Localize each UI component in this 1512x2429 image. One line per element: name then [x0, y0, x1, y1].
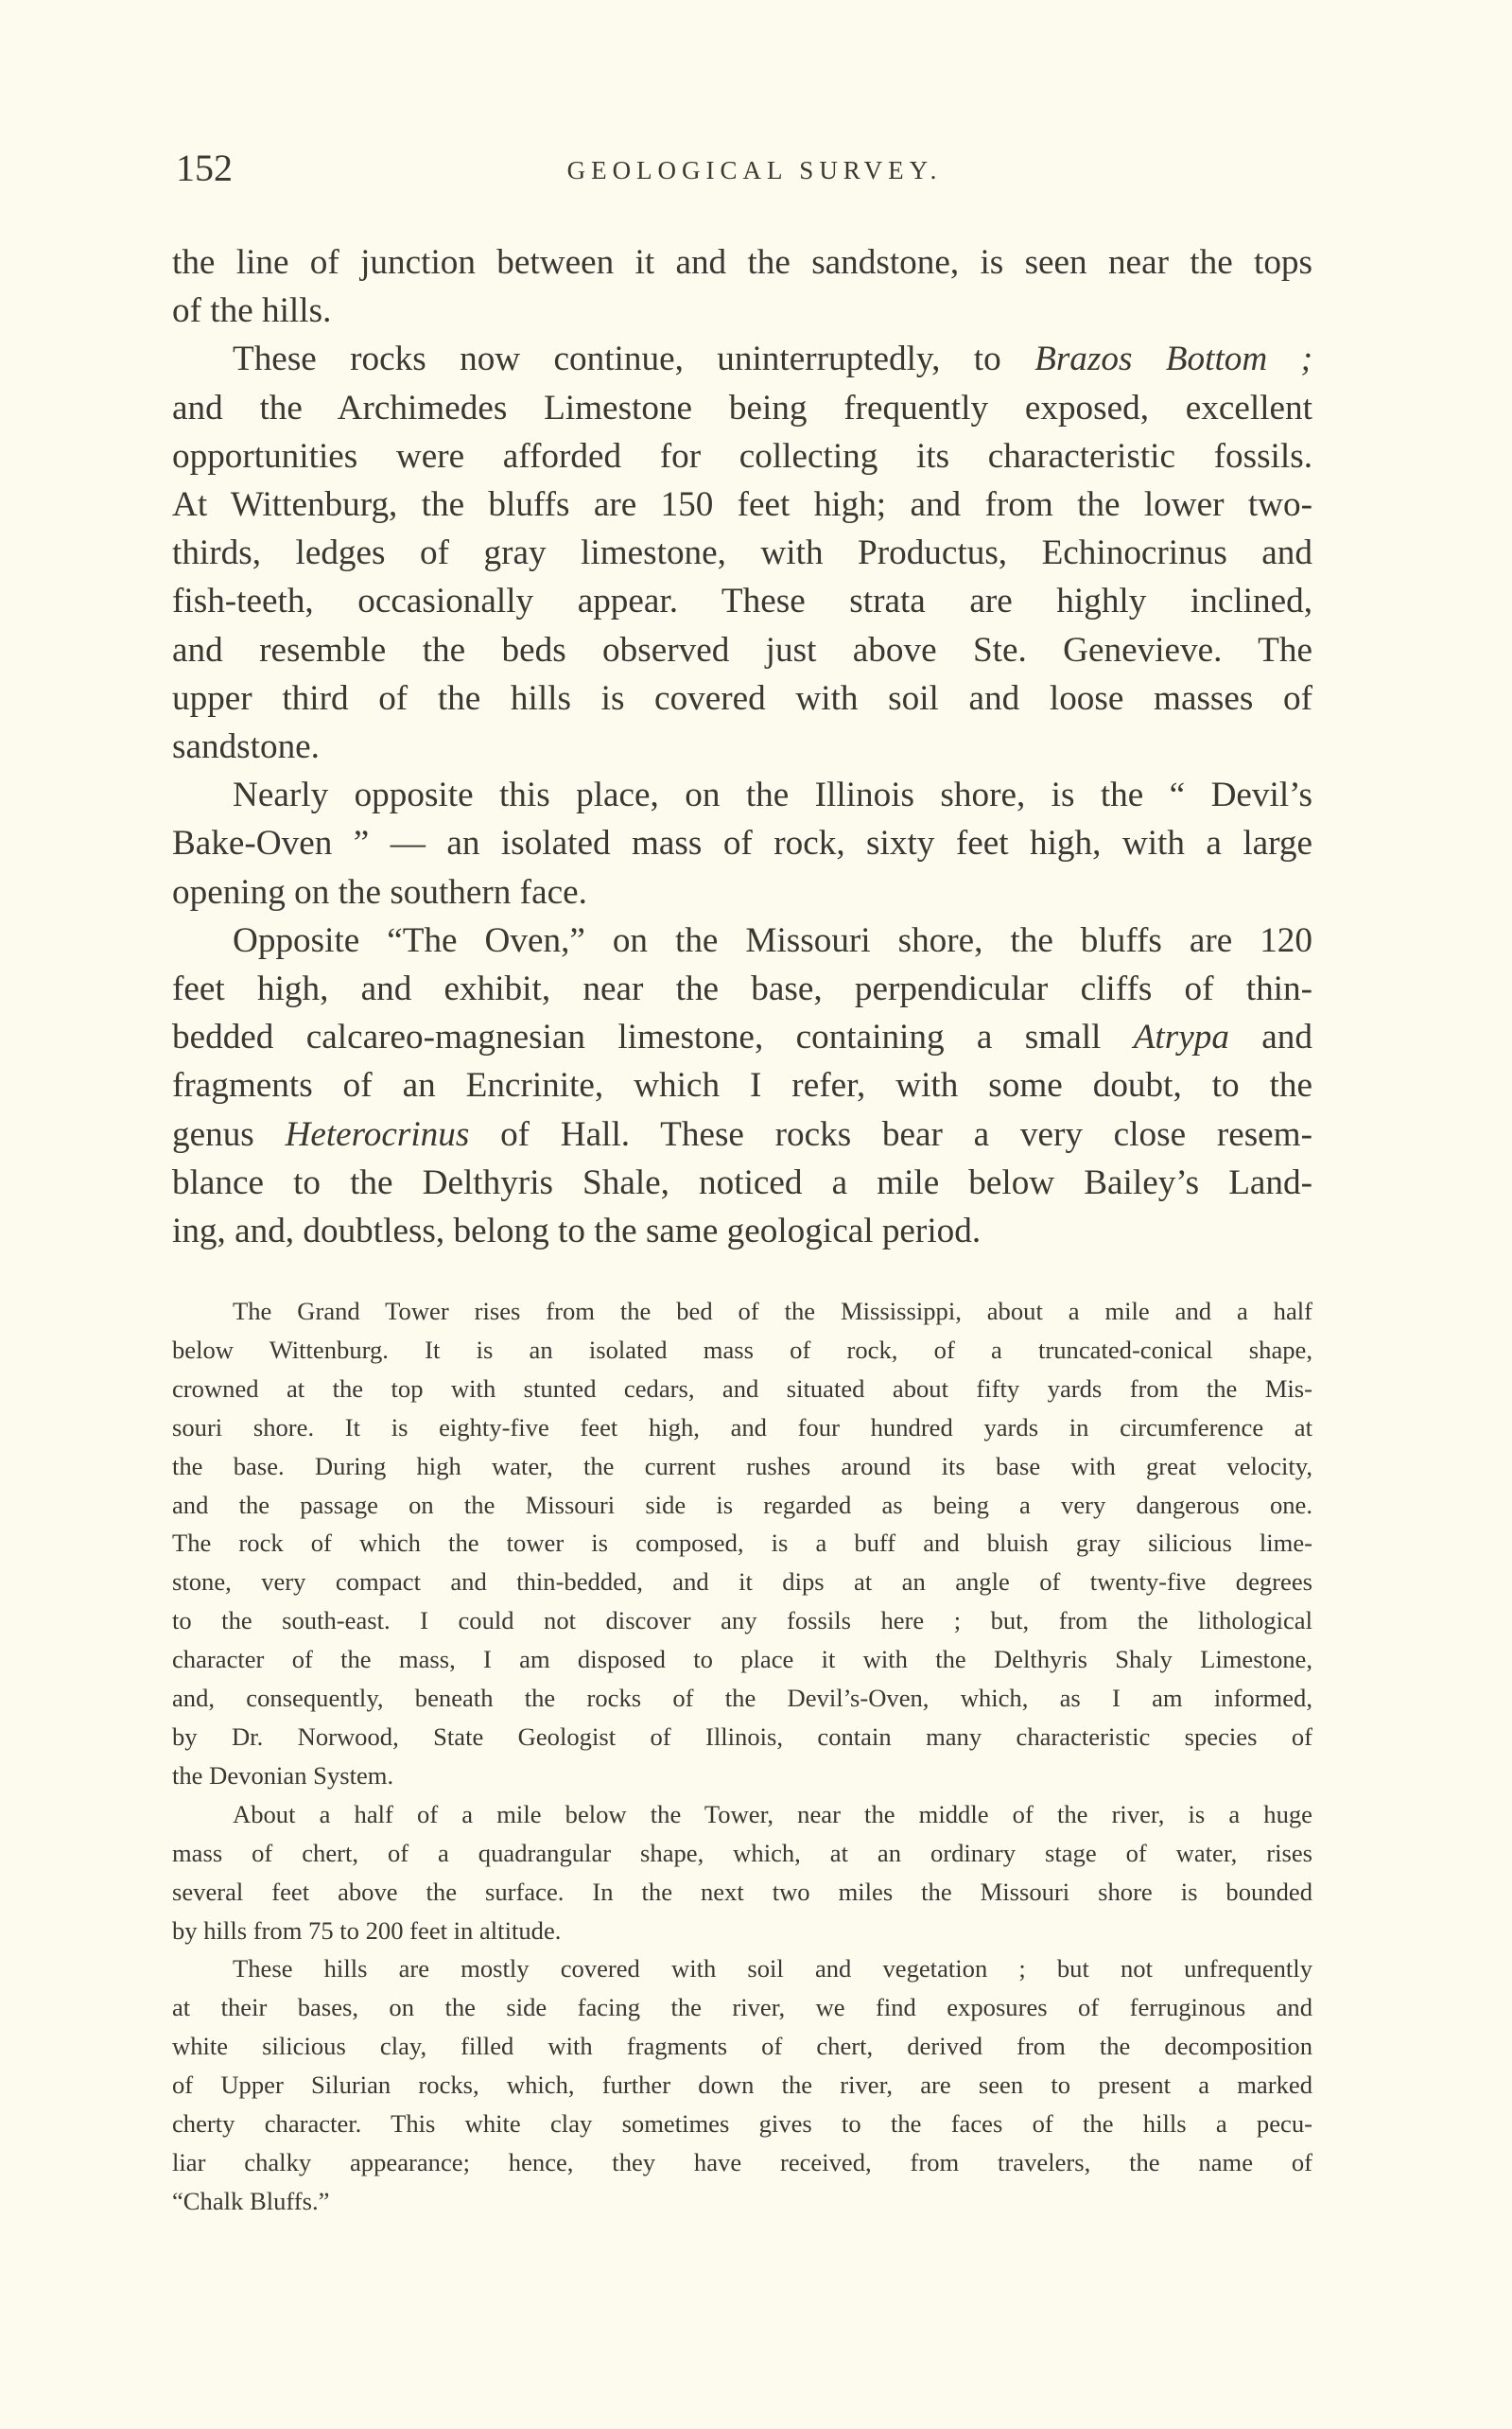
text-line: by Dr. Norwood, State Geologist of Illin…: [172, 1718, 1312, 1756]
text-line: upper third of the hills is covered with…: [172, 674, 1312, 723]
text-line: by hills from 75 to 200 feet in altitude…: [172, 1912, 1312, 1950]
text-line: of Upper Silurian rocks, which, further …: [172, 2066, 1312, 2105]
text-line: mass of chert, of a quadrangular shape, …: [172, 1834, 1312, 1873]
text-line: opportunities were afforded for collecti…: [172, 432, 1312, 481]
small-print-notes: The Grand Tower rises from the bed of th…: [172, 1292, 1312, 2221]
text-line: thirds, ledges of gray limestone, with P…: [172, 529, 1312, 577]
text-line: souri shore. It is eighty-five feet high…: [172, 1408, 1312, 1447]
text-line: and the Archimedes Limestone being frequ…: [172, 384, 1312, 432]
text-line: the line of junction between it and the …: [172, 238, 1312, 287]
text-run: genus: [172, 1115, 285, 1154]
text-line: ing, and, doubtless, belong to the same …: [172, 1207, 1312, 1255]
text-line: below Wittenburg. It is an isolated mass…: [172, 1331, 1312, 1370]
text-line: liar chalky appearance; hence, they have…: [172, 2143, 1312, 2182]
text-line: character of the mass, I am disposed to …: [172, 1640, 1312, 1679]
text-line: “Chalk Bluffs.”: [172, 2182, 1312, 2221]
paragraph: Nearly opposite this place, on the Illin…: [172, 771, 1312, 917]
genus-name-italic: Atrypa: [1134, 1018, 1229, 1057]
running-head: 152 GEOLOGICAL SURVEY.: [172, 142, 1312, 199]
text-line: Bake-Oven ” — an isolated mass of rock, …: [172, 819, 1312, 867]
note-paragraph: These hills are mostly covered with soil…: [172, 1949, 1312, 2220]
text-line: and, consequently, beneath the rocks of …: [172, 1679, 1312, 1718]
text-line: genus Heterocrinus of Hall. These rocks …: [172, 1110, 1312, 1159]
running-title: GEOLOGICAL SURVEY.: [172, 146, 1312, 195]
text-line: white silicious clay, filled with fragme…: [172, 2027, 1312, 2066]
main-text: the line of junction between it and the …: [172, 238, 1312, 1255]
text-line: to the south-east. I could not discover …: [172, 1601, 1312, 1640]
text-line: of the hills.: [172, 287, 1312, 335]
text-line: the base. During high water, the current…: [172, 1447, 1312, 1486]
text-line: fish-teeth, occasionally appear. These s…: [172, 577, 1312, 625]
text-run: and: [1229, 1018, 1312, 1057]
text-line: The Grand Tower rises from the bed of th…: [172, 1292, 1312, 1331]
text-line: The rock of which the tower is composed,…: [172, 1524, 1312, 1563]
note-paragraph: The Grand Tower rises from the bed of th…: [172, 1292, 1312, 1795]
text-run: of Hall. These rocks bear a very close r…: [469, 1115, 1312, 1154]
text-line: and the passage on the Missouri side is …: [172, 1486, 1312, 1525]
text-line: cherty character. This white clay someti…: [172, 2105, 1312, 2143]
text-line: fragments of an Encrinite, which I refer…: [172, 1061, 1312, 1110]
text-line: bedded calcareo-magnesian limestone, con…: [172, 1013, 1312, 1061]
text-line: About a half of a mile below the Tower, …: [172, 1795, 1312, 1834]
paragraph: Opposite “The Oven,” on the Missouri sho…: [172, 917, 1312, 1255]
text-line: Nearly opposite this place, on the Illin…: [172, 771, 1312, 819]
text-line: several feet above the surface. In the n…: [172, 1873, 1312, 1912]
text-line: Opposite “The Oven,” on the Missouri sho…: [172, 917, 1312, 965]
text-line: At Wittenburg, the bluffs are 150 feet h…: [172, 481, 1312, 529]
text-line: crowned at the top with stunted cedars, …: [172, 1370, 1312, 1408]
text-line: These hills are mostly covered with soil…: [172, 1949, 1312, 1988]
paragraph: These rocks now continue, uninterruptedl…: [172, 335, 1312, 771]
note-paragraph: About a half of a mile below the Tower, …: [172, 1795, 1312, 1950]
text-run: These rocks now continue, uninterruptedl…: [233, 340, 1034, 378]
genus-name-italic: Heterocrinus: [285, 1115, 469, 1154]
place-name-italic: Brazos Bottom ;: [1034, 340, 1312, 378]
paragraph: the line of junction between it and the …: [172, 238, 1312, 335]
text-line: the Devonian System.: [172, 1756, 1312, 1795]
text-line: sandstone.: [172, 723, 1312, 771]
text-line: opening on the southern face.: [172, 868, 1312, 917]
text-line: blance to the Delthyris Shale, noticed a…: [172, 1159, 1312, 1207]
text-run: bedded calcareo-magnesian limestone, con…: [172, 1018, 1134, 1057]
text-line: at their bases, on the side facing the r…: [172, 1988, 1312, 2027]
text-line: feet high, and exhibit, near the base, p…: [172, 965, 1312, 1013]
text-line: stone, very compact and thin-bedded, and…: [172, 1563, 1312, 1601]
text-line: and resemble the beds observed just abov…: [172, 626, 1312, 674]
text-line: These rocks now continue, uninterruptedl…: [172, 335, 1312, 383]
